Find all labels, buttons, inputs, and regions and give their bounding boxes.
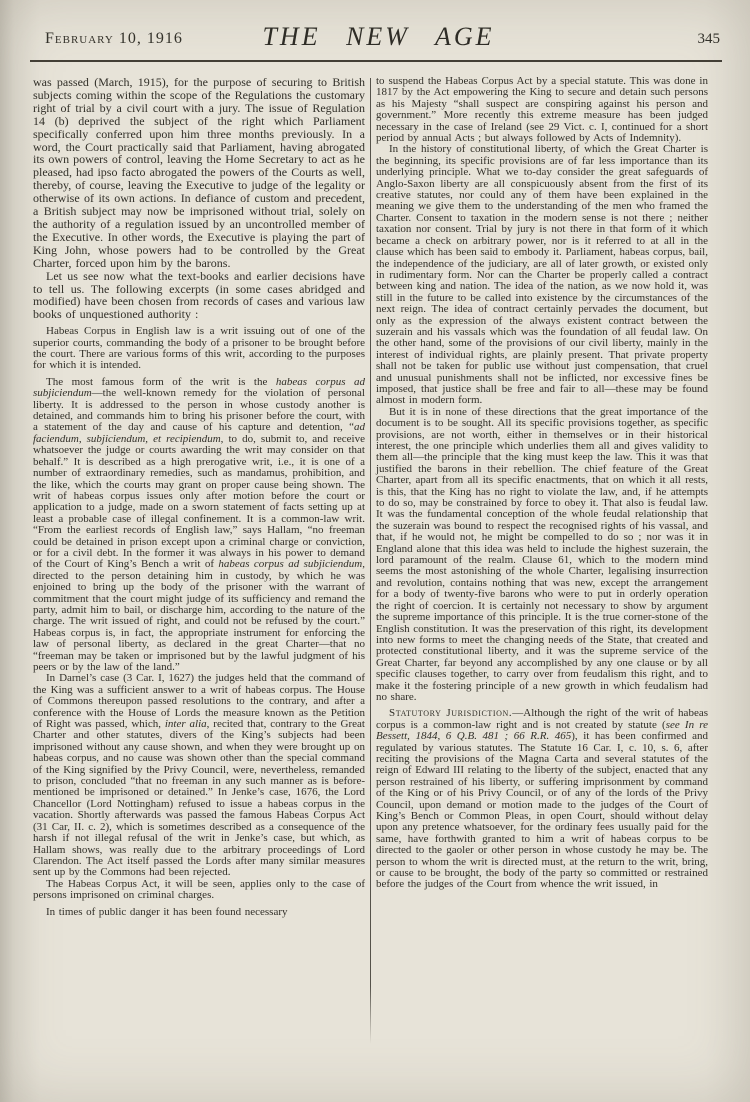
- paragraph: But it is in none of these directions th…: [376, 407, 708, 704]
- column-divider: [370, 78, 371, 1044]
- paragraph: In times of public danger it has been fo…: [33, 907, 365, 918]
- paragraph: In the history of constitutional liberty…: [376, 144, 708, 406]
- paragraph: Habeas Corpus in English law is a writ i…: [33, 326, 365, 372]
- paragraph: was passed (March, 1915), for the purpos…: [33, 76, 365, 270]
- right-column: to suspend the Habeas Corpus Act by a sp…: [376, 76, 708, 1084]
- page-number: 345: [698, 31, 721, 48]
- paragraph: Statutory Jurisdiction.—Although the rig…: [376, 708, 708, 891]
- publication-title: THE NEW AGE: [33, 22, 724, 52]
- magazine-page: February 10, 1916 THE NEW AGE 345 was pa…: [0, 0, 750, 1102]
- header-rule: [30, 60, 722, 62]
- page-header: February 10, 1916 THE NEW AGE 345: [33, 22, 724, 56]
- left-column: was passed (March, 1915), for the purpos…: [33, 76, 365, 1084]
- paragraph: Let us see now what the text-books and e…: [33, 270, 365, 322]
- paragraph: The Habeas Corpus Act, it will be seen, …: [33, 879, 365, 902]
- paragraph: to suspend the Habeas Corpus Act by a sp…: [376, 76, 708, 144]
- paragraph: The most famous form of the writ is the …: [33, 377, 365, 674]
- article-body: was passed (March, 1915), for the purpos…: [33, 76, 724, 1084]
- paragraph: In Darnel’s case (3 Car. I, 1627) the ju…: [33, 673, 365, 878]
